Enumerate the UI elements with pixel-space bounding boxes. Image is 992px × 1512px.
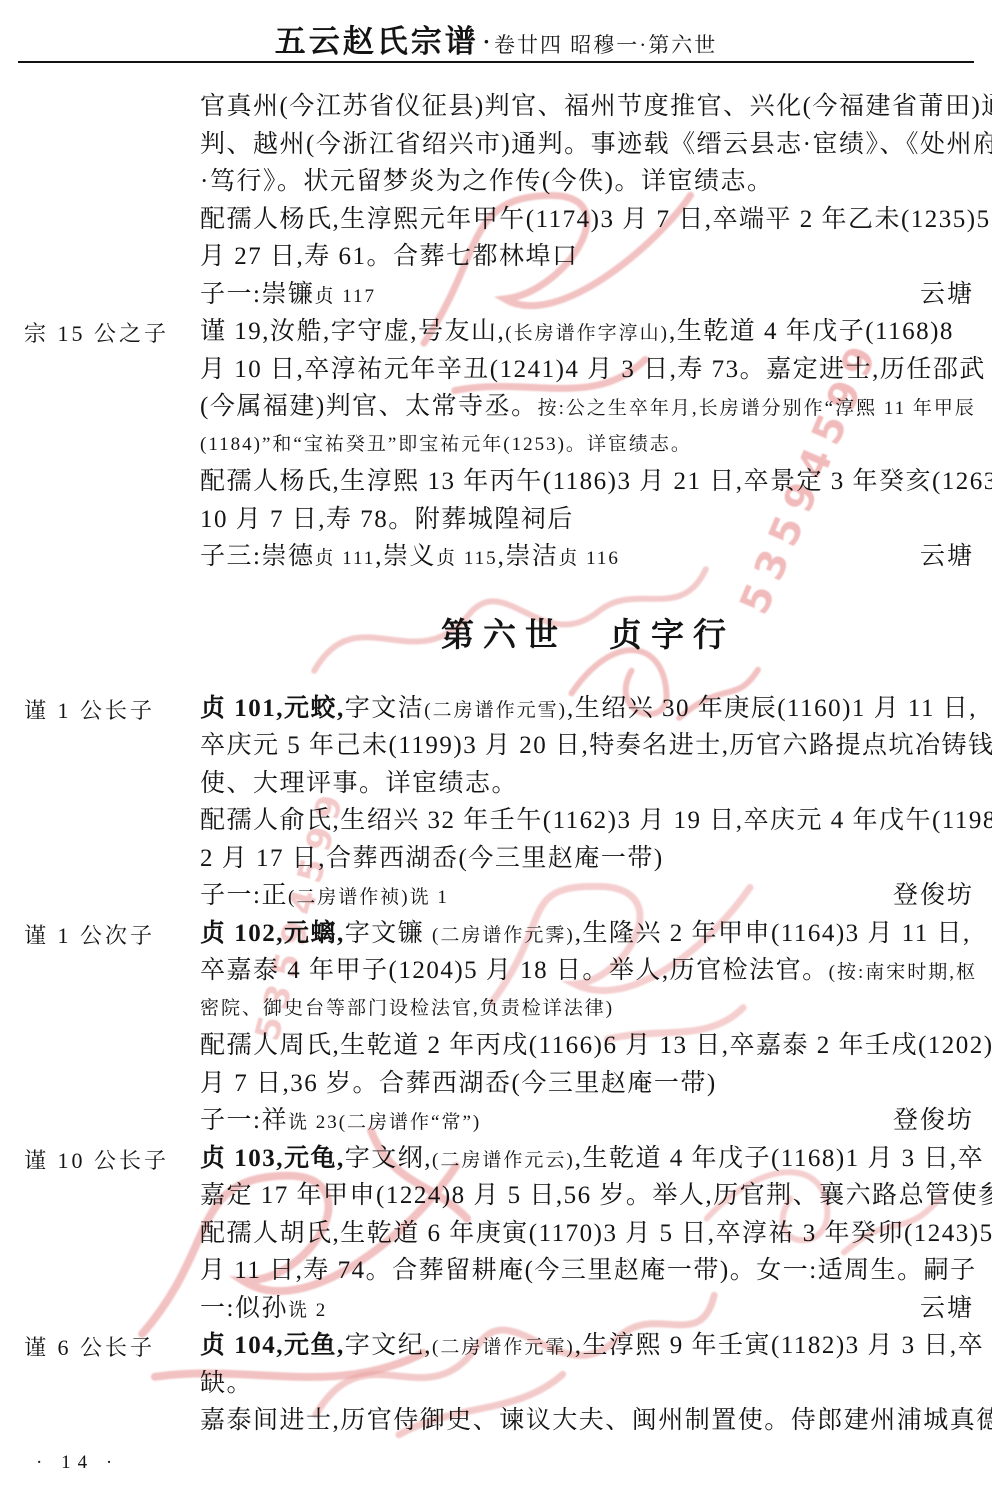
text-line: 配孺人杨氏,生淳熙 13 年丙午(1186)3 月 21 日,卒景定 3 年癸亥… [200,463,976,501]
header-rule [18,61,974,63]
hall-name: 云塘 [920,276,974,314]
record-head-line: 贞 101,元蛟,字文洁(二房谱作元雪),生绍兴 30 年庚辰(1160)1 月… [200,690,976,728]
child-name: ,崇洁 [498,543,559,570]
children-line: 子三:崇德贞 111,崇义贞 115,崇洁贞 116 云塘 [200,538,976,576]
text-line: 配孺人胡氏,生乾道 6 年庚寅(1170)3 月 5 日,卒淳祐 3 年癸卯(1… [200,1215,976,1253]
generation-number: 第六世 [441,609,567,656]
birth-info: ,生淳熙 9 年壬寅(1182)3 月 3 日,卒 [575,1332,984,1359]
variant-note: (二房谱作元霏) [432,1337,575,1358]
text-line: 配孺人周氏,生乾道 2 年丙戌(1166)6 月 13 日,卒嘉泰 2 年壬戌(… [200,1027,976,1065]
margin-label-jin10-eldest: 谨 10 公长子 [24,1144,169,1175]
child-ref-number: 贞 117 [314,286,376,307]
variant-note: (长房谱作字淳山) [505,323,669,344]
generation-rank-name: 贞字行 [609,609,735,656]
text-line: 配孺人俞氏,生绍兴 32 年壬午(1162)3 月 19 日,卒庆元 4 年戊午… [200,802,976,840]
child-name: ,崇义 [375,543,436,570]
courtesy-name: 字文纪, [345,1332,432,1359]
text-line: 月 10 日,卒淳祐元年辛丑(1241)4 月 3 日,寿 73。嘉定进士,历任… [200,351,976,389]
text-line: 卒嘉泰 4 年甲子(1204)5 月 18 日。举人,历官检法官。(按:南宋时期… [200,952,976,990]
text-line: 使、大理评事。详宦绩志。 [200,765,976,803]
volume-subtitle: 卷廿四 昭穆一·第六世 [494,33,717,57]
genealogy-page: 53594599 53594599 五云赵氏宗谱·卷廿四 昭穆一·第六世 宗 1… [0,0,992,1512]
hall-name: 登俊坊 [893,1102,974,1140]
children-line: 子一:崇镰贞 117 云塘 [200,276,976,314]
text-line: 判、越州(今浙江省绍兴市)通判。事迹载《缙云县志·宦绩》、《处州府志 [200,126,976,164]
variant-note: (二房谱作元霁) [432,925,575,946]
record-id-name: 谨 19,汝艁, [200,318,331,345]
text-line: 官真州(今江苏省仪征县)判官、福州节度推官、兴化(今福建省莆田)通 [200,88,976,126]
child-ref-number: (二房谱作祯)诜 1 [288,887,449,908]
text-line: 月 7 日,36 岁。合葬西湖岙(今三里赵庵一带) [200,1065,976,1103]
text-line: 月 11 日,寿 74。合葬留耕庵(今三里赵庵一带)。女一:适周生。嗣子 [200,1252,976,1290]
text-line: 月 27 日,寿 61。合葬七都林埠口 [200,238,976,276]
courtesy-name: 字文纲, [345,1145,432,1172]
record-id-name: 贞 103,元龟, [200,1145,345,1172]
variant-note: (二房谱作元云) [432,1150,575,1171]
birth-info: ,生乾道 4 年戊子(1168)8 [669,318,954,345]
text-line: 嘉泰间进士,历官侍御史、谏议大夫、闽州制置使。侍郎建州浦城真德秀 [200,1402,976,1440]
editor-note: (按:南宋时期,枢 [829,962,977,983]
children-line: 子一:正(二房谱作祯)诜 1 登俊坊 [200,877,976,915]
text-line: 卒庆元 5 年己未(1199)3 月 20 日,特奏名进士,历官六路提点坑冶铸钱 [200,727,976,765]
record-head-line: 贞 104,元鱼,字文纪,(二房谱作元霏),生淳熙 9 年壬寅(1182)3 月… [200,1327,976,1365]
hall-name: 云塘 [920,1290,974,1328]
courtesy-name: 字文镰 [345,920,432,947]
child-ref-number: 诜 2 [288,1300,327,1321]
text-line: 2 月 17 日,合葬西湖岙(今三里赵庵一带) [200,840,976,878]
margin-label-jin6-eldest: 谨 6 公长子 [24,1331,155,1362]
child-name: 子三:崇德 [200,543,314,570]
record-id-name: 贞 102,元螭, [200,920,345,947]
child-name: 子一:正 [200,882,288,909]
text-line: 配孺人杨氏,生淳熙元年甲午(1174)3 月 7 日,卒端平 2 年乙未(123… [200,201,976,239]
section-title: 第六世贞字行 [200,576,976,690]
variant-note: (二房谱作元雪) [424,700,567,721]
text-line: 嘉定 17 年甲申(1224)8 月 5 日,56 岁。举人,历官荆、襄六路总管… [200,1177,976,1215]
record-id-name: 贞 104,元鱼, [200,1332,345,1359]
birth-info: ,生隆兴 2 年甲申(1164)3 月 11 日, [575,920,971,947]
editor-note-line: (1184)”和“宝祐癸丑”即宝祐元年(1253)。详宦绩志。 [200,426,976,464]
office-info: (今属福建)判官、太常寺丞。 [200,393,538,420]
text-line: 缺。 [200,1365,976,1403]
hall-name: 登俊坊 [893,877,974,915]
child-ref-number: 贞 111 [314,548,375,569]
record-head-line: 贞 103,元龟,字文纲,(二房谱作元云),生乾道 4 年戊子(1168)1 月… [200,1140,976,1178]
editor-note: 按:公之生卒年月,长房谱分别作“淳熙 11 年甲辰 [538,398,976,419]
book-title: 五云赵氏宗谱 [275,24,479,59]
text-column: 官真州(今江苏省仪征县)判官、福州节度推官、兴化(今福建省莆田)通 判、越州(今… [200,88,976,1440]
margin-label-jin1-second: 谨 1 公次子 [24,919,155,950]
record-head-line: 谨 19,汝艁,字守虚,号友山,(长房谱作字淳山),生乾道 4 年戊子(1168… [200,313,976,351]
margin-label-zong15: 宗 15 公之子 [24,317,169,348]
death-office-info: 卒嘉泰 4 年甲子(1204)5 月 18 日。举人,历官检法官。 [200,957,829,984]
courtesy-name: 字守虚,号友山, [331,318,506,345]
hall-name: 云塘 [920,538,974,576]
page-header: 五云赵氏宗谱·卷廿四 昭穆一·第六世 [0,16,992,61]
page-number: · 14 · [36,1452,119,1474]
birth-info: ,生绍兴 30 年庚辰(1160)1 月 11 日, [567,695,977,722]
child-ref-number: 贞 116 [558,548,620,569]
editor-note-line: 密院、御史台等部门设检法官,负责检详法律) [200,990,976,1028]
title-separator-dot: · [479,29,494,54]
courtesy-name: 字文洁 [345,695,425,722]
margin-label-jin1-eldest: 谨 1 公长子 [24,694,155,725]
text-line: ·笃行》。状元留梦炎为之作传(今佚)。详宦绩志。 [200,163,976,201]
children-line: 一:似孙诜 2 云塘 [200,1290,976,1328]
record-id-name: 贞 101,元蛟, [200,695,345,722]
child-ref-number: 贞 115 [436,548,498,569]
record-head-line: 贞 102,元螭,字文镰 (二房谱作元霁),生隆兴 2 年甲申(1164)3 月… [200,915,976,953]
children-line: 子一:祥诜 23(二房谱作“常”) 登俊坊 [200,1102,976,1140]
text-line: (今属福建)判官、太常寺丞。按:公之生卒年月,长房谱分别作“淳熙 11 年甲辰 [200,388,976,426]
child-ref-number: 诜 23(二房谱作“常”) [288,1112,481,1133]
child-name: 子一:祥 [200,1107,288,1134]
text-line: 10 月 7 日,寿 78。附葬城隍祠后 [200,501,976,539]
birth-info: ,生乾道 4 年戊子(1168)1 月 3 日,卒 [575,1145,984,1172]
child-name: 一:似孙 [200,1295,288,1322]
child-name: 子一:崇镰 [200,281,314,308]
